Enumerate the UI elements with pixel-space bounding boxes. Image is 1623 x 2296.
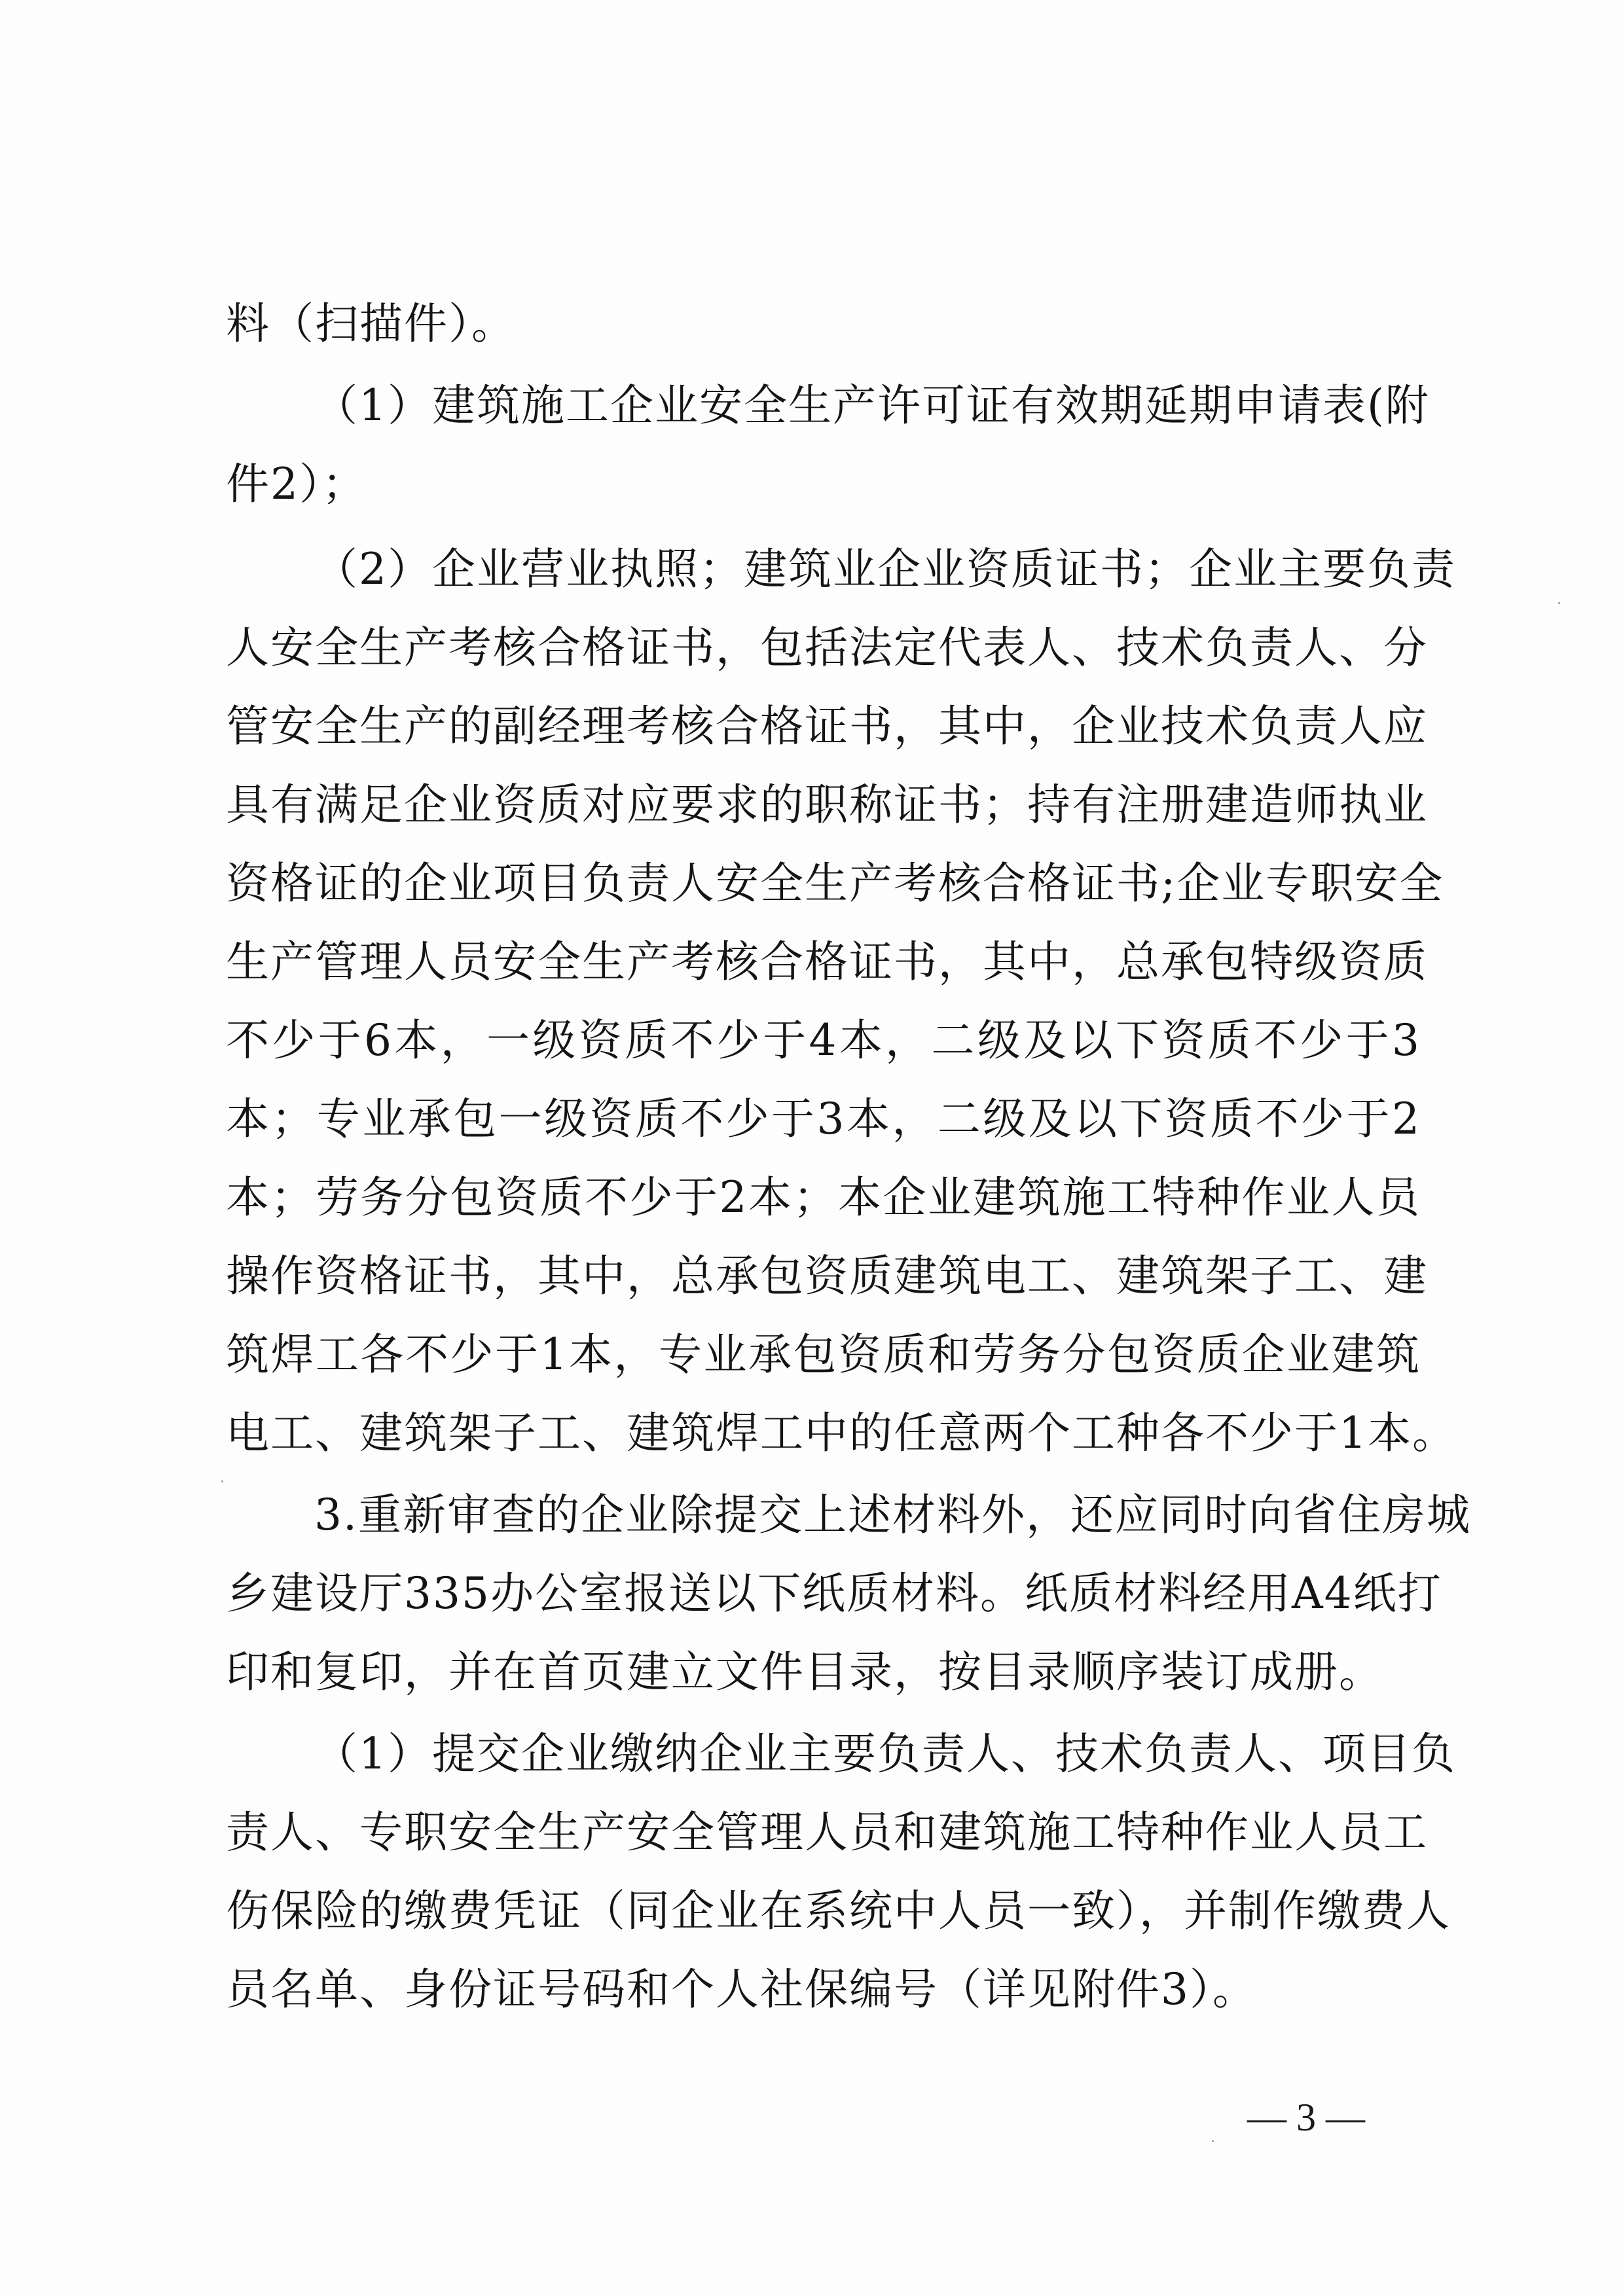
text-line: 不少于6本，一级资质不少于4本，二级及以下资质不少于3 [226,1005,1421,1077]
text-line: 乡建设厅335办公室报送以下纸质材料。纸质材料经用A4纸打 [226,1558,1421,1630]
text-line: 具有满足企业资质对应要求的职称证书；持有注册建造师执业 [226,769,1421,841]
text-line: 员名单、身份证号码和个人社保编号（详见附件3）。 [226,1954,1421,2026]
document-page: 料（扫描件）。 （1）建筑施工企业安全生产许可证有效期延期申请表(附 件2）； … [0,0,1623,2296]
text-line: 伤保险的缴费凭证（同企业在系统中人员一致），并制作缴费人 [226,1875,1421,1947]
text-line: 印和复印，并在首页建立文件目录，按目录顺序装订成册。 [226,1636,1421,1708]
text-line: 料（扫描件）。 [226,288,1421,360]
text-line: 3.重新审查的企业除提交上述材料外，还应同时向省住房城 [314,1479,1421,1551]
text-line: 人安全生产考核合格证书，包括法定代表人、技术负责人、分 [226,612,1421,684]
text-line: 筑焊工各不少于1本，专业承包资质和劳务分包资质企业建筑 [226,1319,1421,1391]
scan-speck [1212,2140,1214,2142]
text-line: 本；专业承包一级资质不少于3本，二级及以下资质不少于2 [226,1083,1421,1155]
page-number: — 3 — [1231,2091,1381,2144]
text-line: 操作资格证书，其中，总承包资质建筑电工、建筑架子工、建 [226,1240,1421,1312]
text-line: 管安全生产的副经理考核合格证书，其中，企业技术负责人应 [226,691,1421,762]
scan-speck [221,1480,223,1482]
text-line: 本；劳务分包资质不少于2本；本企业建筑施工特种作业人员 [226,1162,1421,1234]
text-line: 电工、建筑架子工、建筑焊工中的任意两个工种各不少于1本。 [226,1397,1421,1469]
scan-speck [1558,602,1560,604]
text-line: 生产管理人员安全生产考核合格证书，其中，总承包特级资质 [226,926,1421,998]
text-line: （1）建筑施工企业安全生产许可证有效期延期申请表(附 [314,370,1421,442]
text-line: 件2）； [226,448,1421,520]
text-line: （2）企业营业执照；建筑业企业资质证书；企业主要负责 [314,533,1421,605]
text-line: （1）提交企业缴纳企业主要负责人、技术负责人、项目负 [314,1718,1421,1790]
text-line: 资格证的企业项目负责人安全生产考核合格证书;企业专职安全 [226,848,1421,920]
text-line: 责人、专职安全生产安全管理人员和建筑施工特种作业人员工 [226,1797,1421,1869]
